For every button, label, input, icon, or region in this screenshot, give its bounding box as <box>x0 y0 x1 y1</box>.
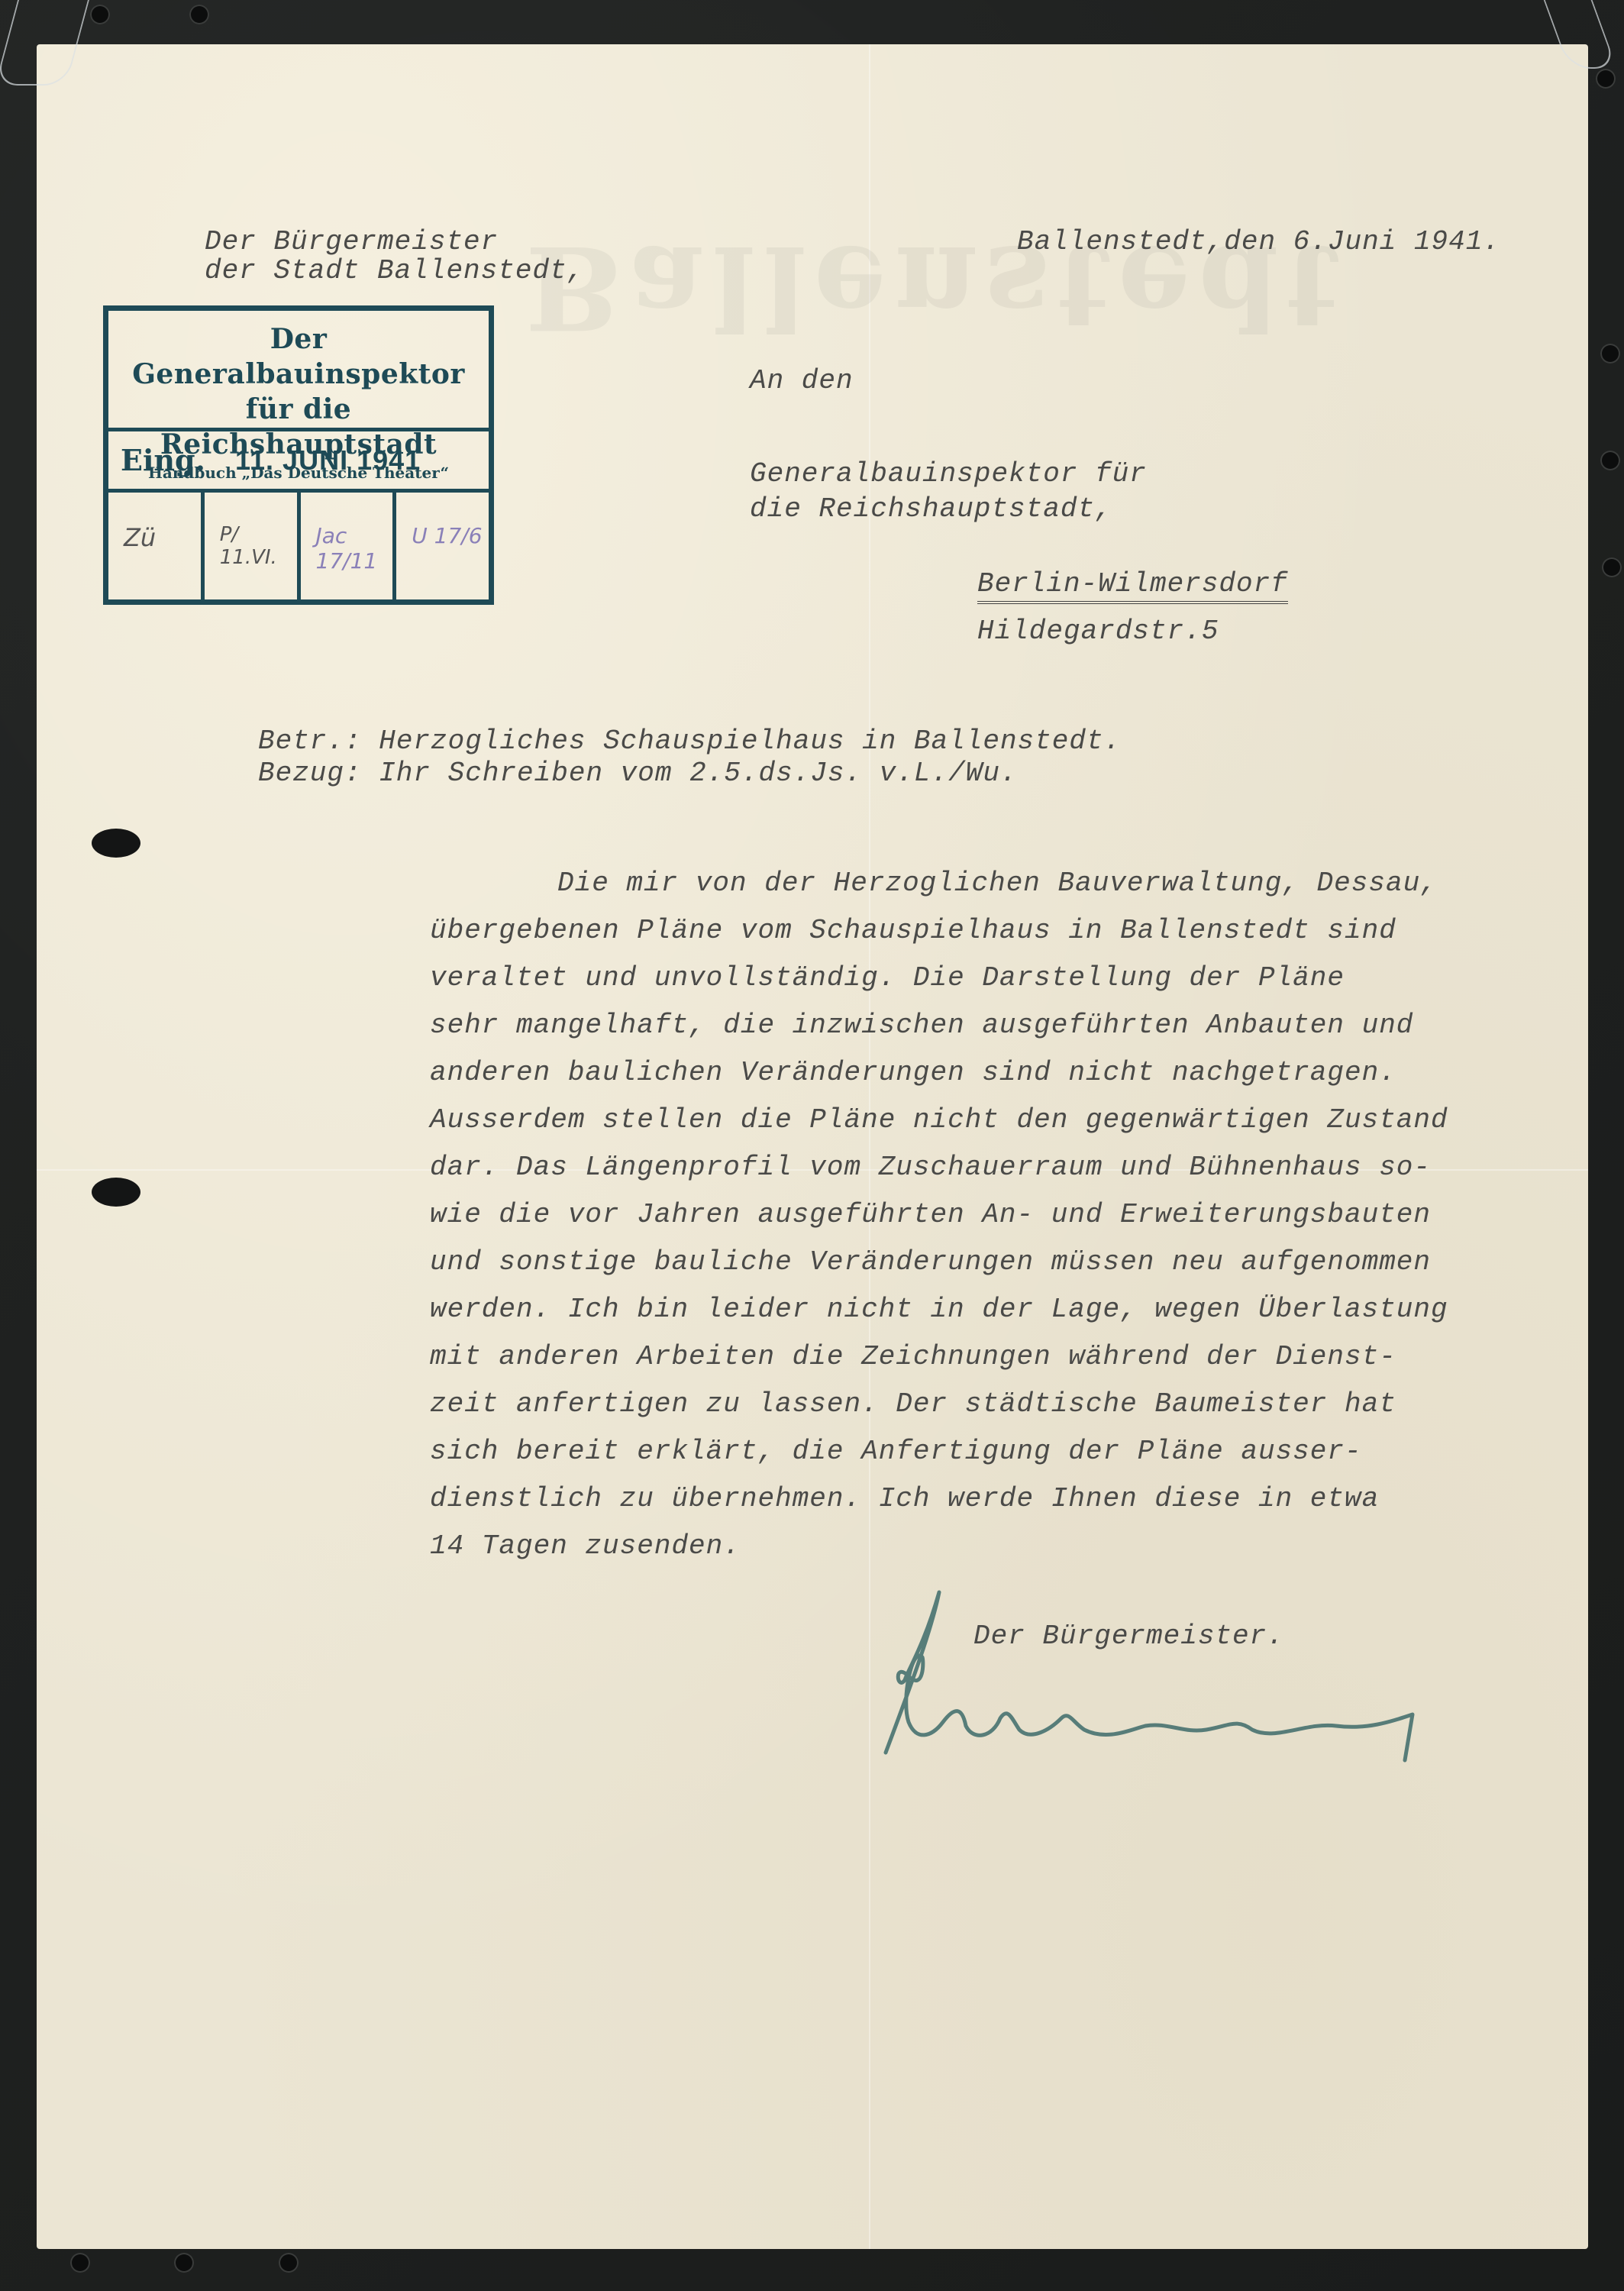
binder-hole <box>189 5 209 24</box>
body-line: Ausserdem stellen die Pläne nicht den ge… <box>430 1104 1448 1136</box>
body-line: Die mir von der Herzoglichen Bauverwaltu… <box>557 868 1438 899</box>
handwritten-initials: U 17/6 <box>412 523 482 548</box>
binder-hole <box>1600 451 1620 470</box>
sender-line-2: der Stadt Ballenstedt, <box>205 255 584 286</box>
received-stamp: Der Generalbauinspektor für die Reichsha… <box>103 305 494 605</box>
recipient-street: Hildegardstr.5 <box>977 616 1219 647</box>
binder-hole <box>70 2253 90 2273</box>
body-line: veraltet und unvollständig. Die Darstell… <box>430 962 1345 994</box>
binder-hole <box>279 2253 299 2273</box>
body-line: übergebenen Pläne vom Schauspielhaus in … <box>430 915 1396 946</box>
body-line: sehr mangelhaft, die inzwischen ausgefüh… <box>430 1010 1413 1041</box>
binder-hole <box>1596 69 1616 89</box>
place-date: Ballenstedt,den 6.Juni 1941. <box>1017 226 1500 257</box>
subject-betr: Betr.: Herzogliches Schauspielhaus in Ba… <box>258 725 1121 757</box>
body-line: werden. Ich bin leider nicht in der Lage… <box>430 1294 1448 1325</box>
body-line: und sonstige bauliche Veränderungen müss… <box>430 1246 1431 1278</box>
handwritten-initials: P/ 11.VI. <box>220 523 297 569</box>
recipient-city: Berlin-Wilmersdorf <box>977 568 1288 604</box>
binder-hole <box>1600 344 1620 364</box>
stamp-received-label: Eing. <box>121 443 235 477</box>
stamp-header: Der Generalbauinspektor für die Reichsha… <box>108 311 489 431</box>
recipient-salutation: An den <box>750 365 854 396</box>
stamp-received-date: 11. JUNI 1941 <box>235 444 421 477</box>
stamp-line-1: Der Generalbauinspektor <box>108 322 489 392</box>
stamp-cell: Jac 17/11 <box>301 493 397 599</box>
body-line: sich bereit erklärt, die Anfertigung der… <box>430 1436 1362 1467</box>
stamp-cell: U 17/6 <box>396 493 489 599</box>
subject-bezug: Bezug: Ihr Schreiben vom 2.5.ds.Js. v.L.… <box>258 758 1018 789</box>
paper-clip-left <box>0 0 89 86</box>
stamp-initials-row: Zü P/ 11.VI. Jac 17/11 U 17/6 <box>108 493 489 599</box>
punch-hole <box>92 829 140 858</box>
recipient-line-1: Generalbauinspektor für <box>750 458 1147 490</box>
signature <box>878 1585 1489 1768</box>
binder-hole <box>174 2253 194 2273</box>
punch-hole <box>92 1178 140 1207</box>
body-line: 14 Tagen zusenden. <box>430 1530 741 1562</box>
handwritten-initials: Jac 17/11 <box>316 523 393 574</box>
body-line: dar. Das Längenprofil vom Zuschauerraum … <box>430 1152 1431 1183</box>
stamp-cell: P/ 11.VI. <box>205 493 301 599</box>
body-line: dienstlich zu übernehmen. Ich werde Ihne… <box>430 1483 1379 1514</box>
body-line: mit anderen Arbeiten die Zeichnungen wäh… <box>430 1341 1396 1372</box>
fold-line-vertical <box>869 44 870 2249</box>
body-line: anderen baulichen Veränderungen sind nic… <box>430 1057 1396 1088</box>
body-line: zeit anfertigen zu lassen. Der städtisch… <box>430 1388 1396 1420</box>
recipient-line-2: die Reichshauptstadt, <box>750 493 1112 525</box>
sender-line-1: Der Bürgermeister <box>205 226 498 257</box>
stamp-cell: Zü <box>108 493 205 599</box>
binder-hole <box>1602 557 1622 577</box>
paper-clip-right <box>1544 0 1618 69</box>
handwritten-initials: Zü <box>124 523 156 552</box>
body-line: wie die vor Jahren ausgeführten An- und … <box>430 1199 1431 1230</box>
binder-hole <box>90 5 110 24</box>
